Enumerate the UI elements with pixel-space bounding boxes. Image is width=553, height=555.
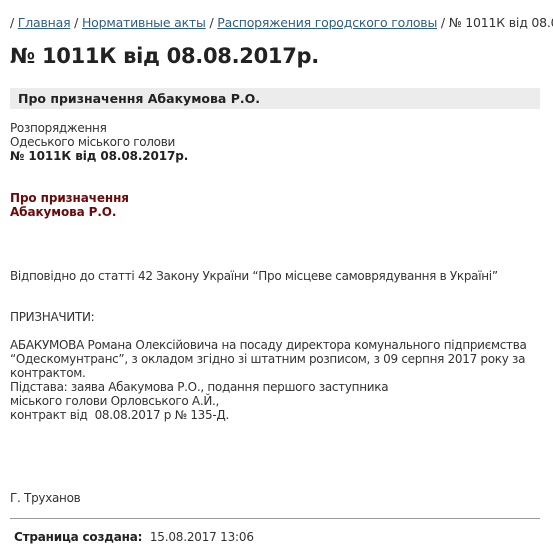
doc-body-line: міського голови Орловського А.Й., bbox=[10, 394, 540, 408]
doc-body-line: контракт від 08.08.2017 р № 135-Д. bbox=[10, 408, 540, 422]
breadcrumb-mayor-orders-link[interactable]: Распоряжения городского головы bbox=[217, 15, 437, 30]
doc-body-line: АБАКУМОВА Романа Олексійовича на посаду … bbox=[10, 338, 540, 352]
breadcrumb-home-link[interactable]: Главная bbox=[18, 15, 71, 30]
doc-subject-line: Про призначення bbox=[10, 191, 540, 205]
page-title: № 1011К від 08.08.2017р. bbox=[10, 44, 319, 68]
doc-number: № 1011К від 08.08.2017р. bbox=[10, 149, 540, 163]
breadcrumb-separator: / bbox=[441, 15, 449, 30]
doc-signature: Г. Труханов bbox=[10, 491, 540, 505]
doc-order-word: ПРИЗНАЧИТИ: bbox=[10, 310, 540, 324]
breadcrumb-current: № 1011К від 08.08.2017р. bbox=[449, 15, 553, 30]
doc-body-line: “Одескомунтранс”, з окладом згідно зі шт… bbox=[10, 352, 540, 366]
created-value: 15.08.2017 13:06 bbox=[150, 530, 254, 544]
breadcrumb-normative-acts-link[interactable]: Нормативные акты bbox=[82, 15, 206, 30]
page-footer: Страница создана: 15.08.2017 13:06 bbox=[14, 530, 254, 544]
subject-bar: Про призначення Абакумова Р.О. bbox=[10, 88, 540, 109]
breadcrumb-separator: / bbox=[10, 15, 18, 30]
breadcrumb-separator: / bbox=[74, 15, 82, 30]
doc-preamble: Відповідно до статті 42 Закону України “… bbox=[10, 269, 540, 283]
doc-body-line: контрактом. bbox=[10, 366, 540, 380]
doc-header-line: Одеського міського голови bbox=[10, 135, 540, 149]
doc-body-line: Підстава: заява Абакумова Р.О., подання … bbox=[10, 380, 540, 394]
footer-divider bbox=[10, 518, 540, 519]
doc-subject-line: Абакумова Р.О. bbox=[10, 205, 540, 219]
breadcrumb: / Главная / Нормативные акты / Распоряже… bbox=[10, 15, 553, 30]
created-label: Страница создана: bbox=[14, 530, 142, 544]
doc-header-line: Розпорядження bbox=[10, 121, 540, 135]
document-body: Розпорядження Одеського міського голови … bbox=[10, 121, 540, 505]
